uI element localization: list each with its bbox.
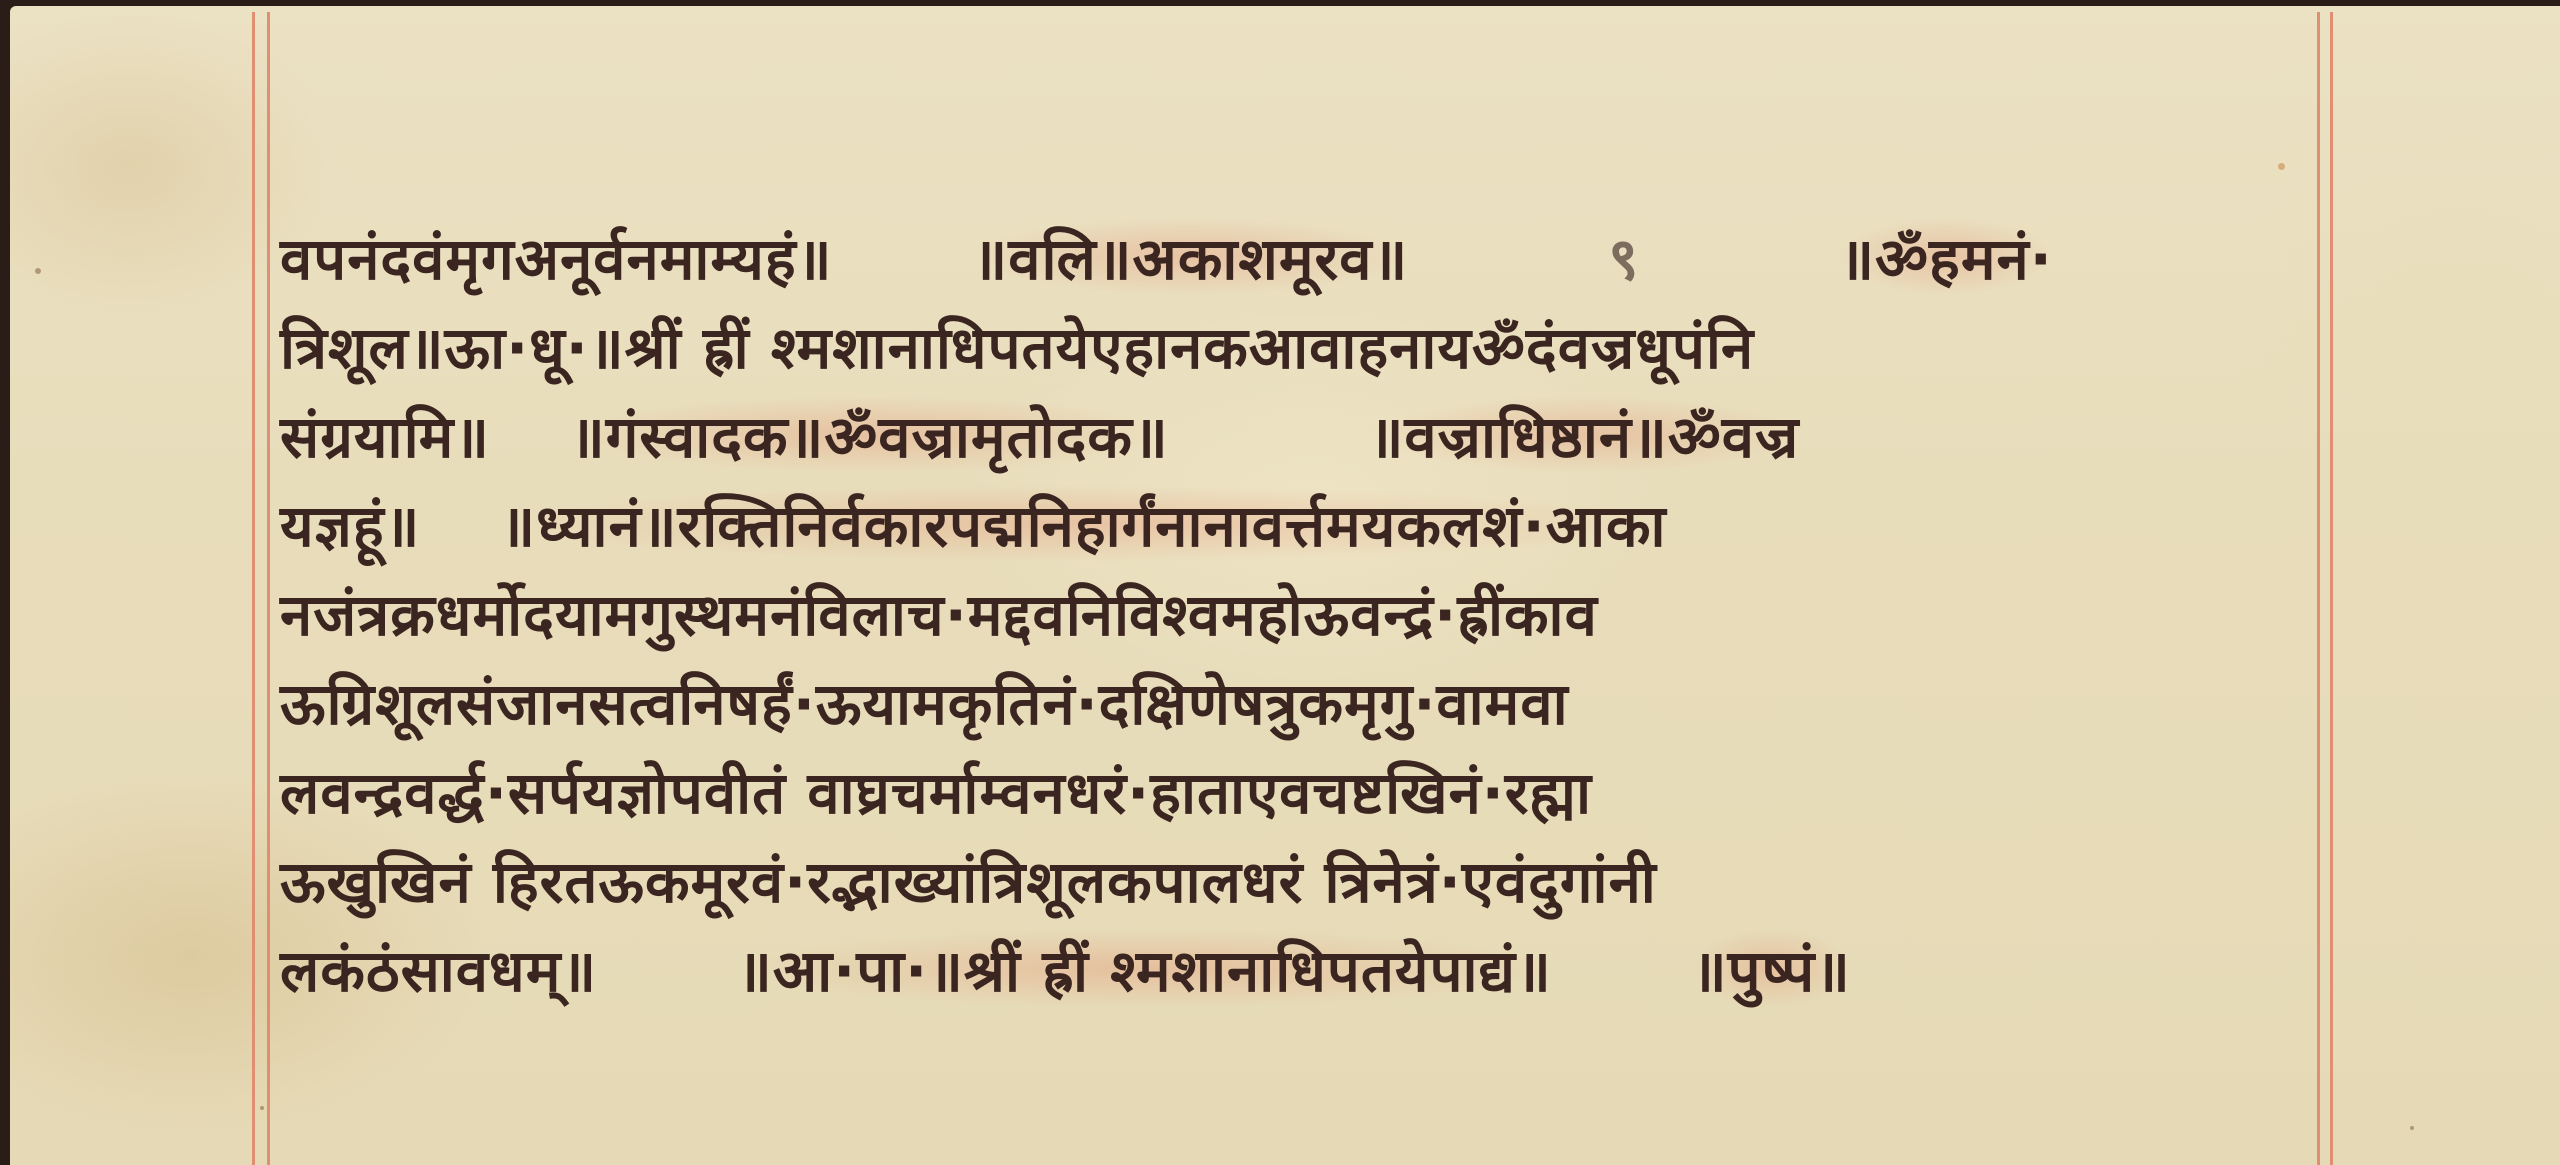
text-line-7: लवन्द्रवर्द्ध·सर्पयज्ञोपवीतं वाघ्रचर्माम… [280,746,2320,835]
text-line-3: संग्रयामि॥ ॥गंस्वादक॥ॐवज्रामृतोदक॥ ॥वज्र… [280,390,2320,479]
paper-speck [2410,1126,2414,1130]
text-line-1: वपनंदवंमृगअनूर्वनमाम्यहं॥ ॥वलि॥अकाशमूरव॥… [280,212,2320,301]
left-margin-rule-outer [252,12,255,1165]
text-line-6: ऊग्रिशूलसंजानसत्वनिषर्हं·ऊयामकृतिनं·दक्ष… [280,657,2320,746]
manuscript-text: वपनंदवंमृगअनूर्वनमाम्यहं॥ ॥वलि॥अकाशमूरव॥… [280,212,2320,1013]
text-line-5: नजंत्रक्रधर्मोदयामगुस्थमनंविलाच·मद्दवनिव… [280,568,2320,657]
text-line-9: लकंठंसावधम्॥ ॥आ·पा·॥श्रीं ह्रीं श्मशानाध… [280,924,2320,1013]
manuscript-scan: वपनंदवंमृगअनूर्वनमाम्यहं॥ ॥वलि॥अकाशमूरव॥… [0,0,2560,1165]
folio-number: ९ [1608,217,1639,296]
line-segment: ॥आ·पा·॥श्रीं ह्रीं श्मशानाधिपतयेपाद्यं॥ [737,929,1552,1008]
line-segment: ऊखुखिनं हिरतऊकमूरवं·रद्भाख्यांत्रिशूलकपा… [280,840,1657,919]
line-segment: यज्ञहूं॥ [280,484,420,563]
line-segment: ॥वज्राधिष्ठानं॥ॐवज्र [1369,395,1800,474]
line-segment: वपनंदवंमृगअनूर्वनमाम्यहं॥ [280,217,832,296]
line-segment: ॥ॐहमनं· [1839,217,2052,296]
line-segment: ॥पुष्पं॥ [1692,929,1851,1008]
line-segment: ॥वलि॥अकाशमूरव॥ [972,217,1408,296]
paper-speck [2278,163,2285,170]
manuscript-folio: वपनंदवंमृगअनूर्वनमाम्यहं॥ ॥वलि॥अकाशमूरव॥… [10,6,2560,1165]
line-segment: त्रिशूल॥ऊा·धू·॥श्रीं ह्रीं श्मशानाधिपतये… [280,306,1754,385]
line-segment: लवन्द्रवर्द्ध·सर्पयज्ञोपवीतं वाघ्रचर्माम… [280,751,1592,830]
text-line-2: त्रिशूल॥ऊा·धू·॥श्रीं ह्रीं श्मशानाधिपतये… [280,301,2320,390]
left-margin-rule-inner [267,12,270,1165]
line-segment: लकंठंसावधम्॥ [280,929,597,1008]
text-line-8: ऊखुखिनं हिरतऊकमूरवं·रद्भाख्यांत्रिशूलकपा… [280,835,2320,924]
line-segment: संग्रयामि॥ [280,395,490,474]
text-line-4: यज्ञहूं॥ ॥ध्यानं॥रक्तिनिर्वकारपद्मनिहार्… [280,479,2320,568]
line-segment: ॥गंस्वादक॥ॐवज्रामृतोदक॥ [570,395,1169,474]
line-segment: ॥ध्यानं॥रक्तिनिर्वकारपद्मनिहार्गंनानावर्… [500,484,1666,563]
line-segment: ऊग्रिशूलसंजानसत्वनिषर्हं·ऊयामकृतिनं·दक्ष… [280,662,1569,741]
paper-speck [35,268,41,274]
right-margin-rule-outer [2330,12,2333,1165]
paper-speck [260,1106,264,1110]
line-segment: नजंत्रक्रधर्मोदयामगुस्थमनंविलाच·मद्दवनिव… [280,573,1598,652]
